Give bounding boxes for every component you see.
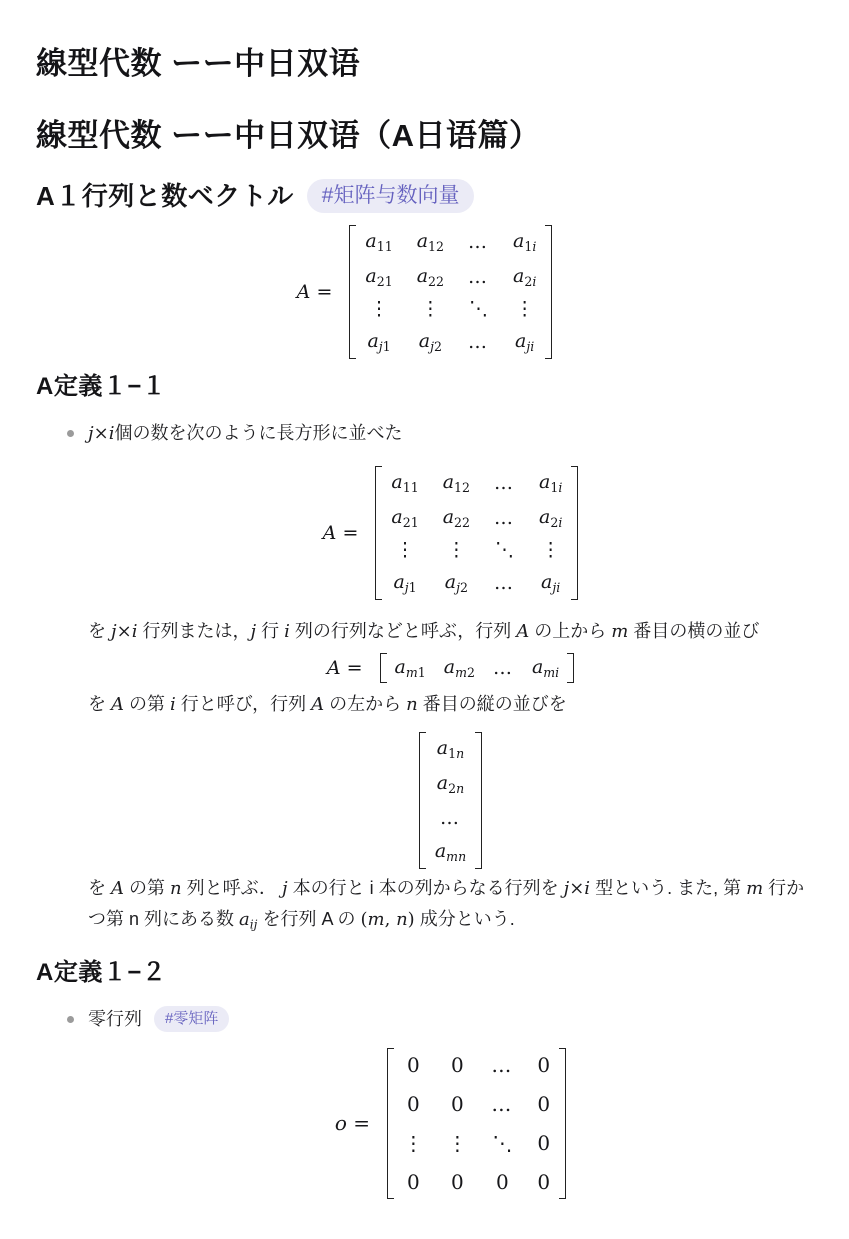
right-bracket — [567, 653, 574, 683]
left-bracket — [349, 225, 356, 359]
tag-matrix-vector[interactable]: #矩阵与数向量 — [307, 179, 475, 213]
paragraph-closing: を A の第 n 列と呼ぶ． j 本の行と i 本の列からなる行列を j×i 型… — [88, 873, 813, 940]
bullet-text: j×i 個の数を次のように長方形に並べた — [88, 419, 813, 448]
definition-1-2-list: 零行列 #零矩阵 o = 00…000…0⋮⋮⋱00000 — [36, 1005, 813, 1199]
bullet-text: 零行列 — [88, 1005, 142, 1034]
left-bracket — [375, 466, 382, 600]
matrix-equation-A: A = a11a12…a1ia21a22…a2i⋮⋮⋱⋮aj1aj2…aji — [36, 225, 813, 359]
left-bracket — [387, 1048, 394, 1199]
list-item: 零行列 #零矩阵 o = 00…000…0⋮⋮⋱00000 — [36, 1005, 813, 1199]
zero-matrix-equation: o = 00…000…0⋮⋮⋱00000 — [88, 1048, 813, 1199]
doc-title-sub: 線型代数 ーー中日双语（A日语篇） — [36, 116, 813, 155]
document-page: 線型代数 ーー中日双语 線型代数 ーー中日双语（A日语篇） A１行列と数ベクトル… — [0, 0, 849, 1239]
column-vector: a1na2n…amn — [88, 732, 813, 869]
left-bracket — [380, 653, 387, 683]
definition-1-1-heading: A定義１−１ — [36, 372, 813, 402]
right-bracket — [559, 1048, 566, 1199]
left-bracket — [419, 732, 426, 869]
paragraph-col-intro: を A の第 i 行と呼び，行列 A の左から n 番目の縦の並びを — [88, 689, 813, 720]
tag-zero-matrix[interactable]: #零矩阵 — [154, 1006, 229, 1032]
section-title: A１行列と数ベクトル — [36, 179, 294, 213]
right-bracket — [571, 466, 578, 600]
matrix-equation-A-repeat: A = a11a12…a1ia21a22…a2i⋮⋮⋱⋮aj1aj2…aji — [88, 466, 813, 600]
right-bracket — [545, 225, 552, 359]
list-item: j×i 個の数を次のように長方形に並べた A = a11a12…a1ia21a2… — [36, 419, 813, 940]
definition-1-2-heading: A定義１−２ — [36, 958, 813, 988]
paragraph-row-intro: を j×i 行列または，j 行 i 列の行列などと呼ぶ，行列 A の上から m … — [88, 616, 813, 647]
row-vector-equation: A = am1am2…ami — [88, 653, 813, 683]
right-bracket — [475, 732, 482, 869]
section-heading-row: A１行列と数ベクトル #矩阵与数向量 — [36, 179, 813, 213]
bullet-row: 零行列 #零矩阵 — [88, 1005, 813, 1034]
definition-1-1-list: j×i 個の数を次のように長方形に並べた A = a11a12…a1ia21a2… — [36, 419, 813, 940]
doc-title-main: 線型代数 ーー中日双语 — [36, 44, 813, 83]
